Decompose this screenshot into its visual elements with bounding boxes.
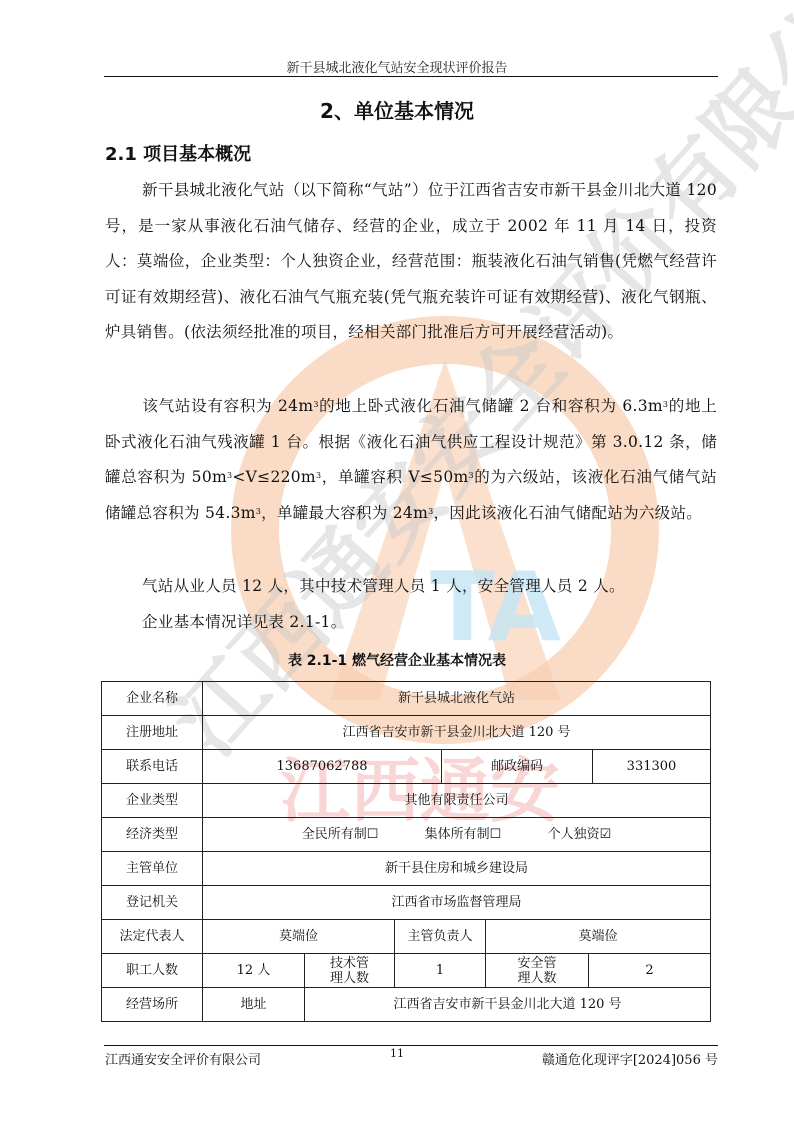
econ-option-state-owned: 全民所有制☐ — [302, 827, 379, 842]
section-title: 2.1 项目基本概况 — [105, 140, 251, 166]
cell-label: 经济类型 — [102, 818, 203, 852]
cell-label: 邮政编码 — [442, 750, 593, 784]
table-row: 法定代表人 莫端俭 主管负责人 莫端俭 — [102, 920, 711, 954]
cell-value: 江西省吉安市新干县金川北大道 120 号 — [305, 988, 711, 1022]
cell-label: 注册地址 — [102, 716, 203, 750]
cell-label: 企业名称 — [102, 682, 203, 716]
cell-label: 职工人数 — [102, 954, 203, 988]
paragraph-overview: 新干县城北液化气站（以下简称“气站”）位于江西省吉安市新干县金川北大道 120 … — [105, 173, 717, 351]
table-row: 职工人数 12 人 技术管理人数 1 安全管理人数 2 — [102, 954, 711, 988]
chapter-title: 2、单位基本情况 — [0, 95, 794, 124]
table-row: 经营场所 地址 江西省吉安市新干县金川北大道 120 号 — [102, 988, 711, 1022]
cell-value: 13687062788 — [203, 750, 442, 784]
cell-label: 安全管理人数 — [486, 954, 589, 988]
cell-label: 经营场所 — [102, 988, 203, 1022]
table-row: 联系电话 13687062788 邮政编码 331300 — [102, 750, 711, 784]
econ-type-options: 全民所有制☐ 集体所有制☐ 个人独资☑ — [203, 818, 711, 852]
footer-doc-number: 赣通危化现评字[2024]056 号 — [542, 1049, 718, 1068]
running-header: 新干县城北液化气站安全现状评价报告 — [0, 57, 794, 76]
paragraph-table-ref: 企业基本情况详见表 2.1-1。 — [105, 605, 717, 641]
cell-value: 江西省吉安市新干县金川北大道 120 号 — [203, 716, 711, 750]
cell-value: 莫端俭 — [486, 920, 711, 954]
cell-value: 12 人 — [203, 954, 305, 988]
table-row: 经济类型 全民所有制☐ 集体所有制☐ 个人独资☑ — [102, 818, 711, 852]
header-divider — [104, 76, 718, 77]
cell-value: 莫端俭 — [203, 920, 395, 954]
cell-label: 技术管理人数 — [305, 954, 395, 988]
cell-label: 地址 — [203, 988, 305, 1022]
cell-label: 主管负责人 — [395, 920, 486, 954]
paragraph-staff: 气站从业人员 12 人，其中技术管理人员 1 人，安全管理人员 2 人。 — [105, 569, 717, 605]
table-row: 主管单位 新干县住房和城乡建设局 — [102, 852, 711, 886]
footer-divider — [104, 1045, 718, 1046]
cell-value: 其他有限责任公司 — [203, 784, 711, 818]
econ-option-collective: 集体所有制☐ — [425, 827, 502, 842]
table-row: 登记机关 江西省市场监督管理局 — [102, 886, 711, 920]
cell-value: 331300 — [593, 750, 711, 784]
cell-label: 法定代表人 — [102, 920, 203, 954]
table-row: 企业类型 其他有限责任公司 — [102, 784, 711, 818]
cell-value: 新干县住房和城乡建设局 — [203, 852, 711, 886]
cell-value: 新干县城北液化气站 — [203, 682, 711, 716]
cell-value: 2 — [589, 954, 711, 988]
paragraph-tanks: 该气站设有容积为 24m3的地上卧式液化石油气储罐 2 台和容积为 6.3m3的… — [105, 389, 717, 531]
cell-label: 登记机关 — [102, 886, 203, 920]
cell-label: 联系电话 — [102, 750, 203, 784]
econ-option-sole-proprietor: 个人独资☑ — [548, 827, 612, 842]
table-row: 企业名称 新干县城北液化气站 — [102, 682, 711, 716]
table-row: 注册地址 江西省吉安市新干县金川北大道 120 号 — [102, 716, 711, 750]
cell-label: 企业类型 — [102, 784, 203, 818]
cell-value: 1 — [395, 954, 486, 988]
cell-value: 江西省市场监督管理局 — [203, 886, 711, 920]
enterprise-info-table: 企业名称 新干县城北液化气站 注册地址 江西省吉安市新干县金川北大道 120 号… — [101, 681, 711, 1022]
table-caption: 表 2.1-1 燃气经营企业基本情况表 — [0, 650, 794, 670]
cell-label: 主管单位 — [102, 852, 203, 886]
